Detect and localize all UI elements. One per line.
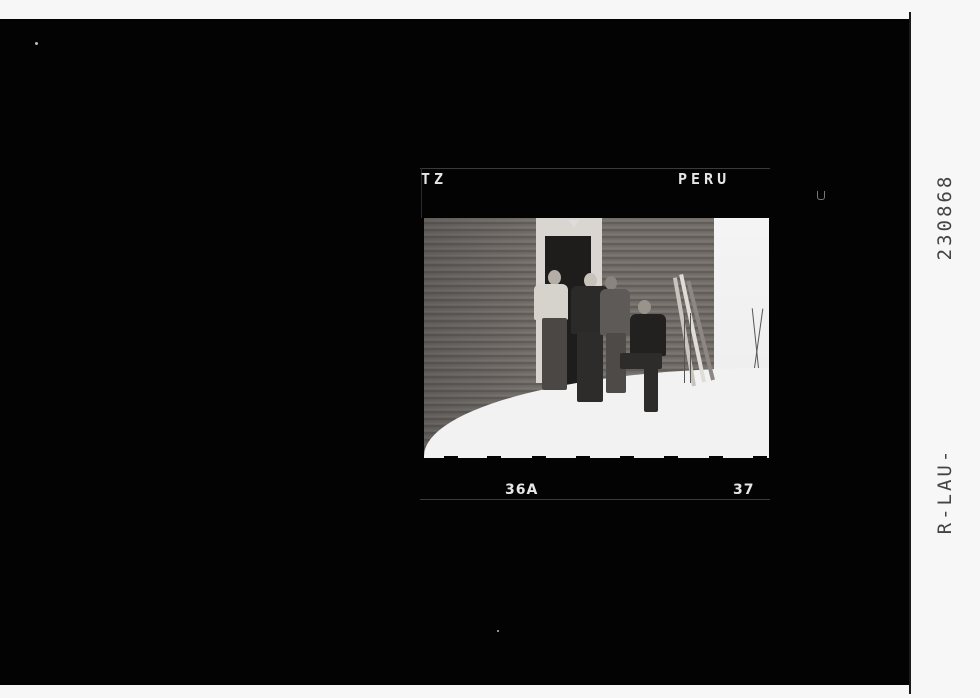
dust-speck (35, 42, 38, 45)
ski-pole (684, 313, 685, 383)
film-strip-bottom-edge (420, 499, 770, 500)
archive-series-code: R-LAU- (934, 436, 956, 546)
film-sprocket-holes (424, 456, 769, 464)
ski-pole (690, 313, 691, 383)
archive-inventory-number: 230868 (934, 162, 956, 272)
film-edge-text-left: TZ (421, 170, 447, 188)
frame-number-right: 37 (733, 482, 754, 498)
film-edge-mark (817, 191, 825, 200)
film-edge-text-right: PERU (678, 170, 730, 188)
frame-number-left: 36A (505, 482, 538, 498)
dust-speck (497, 630, 499, 632)
photograph (424, 218, 769, 458)
film-strip-top-edge (420, 168, 770, 169)
scan-edge-line (909, 12, 911, 694)
